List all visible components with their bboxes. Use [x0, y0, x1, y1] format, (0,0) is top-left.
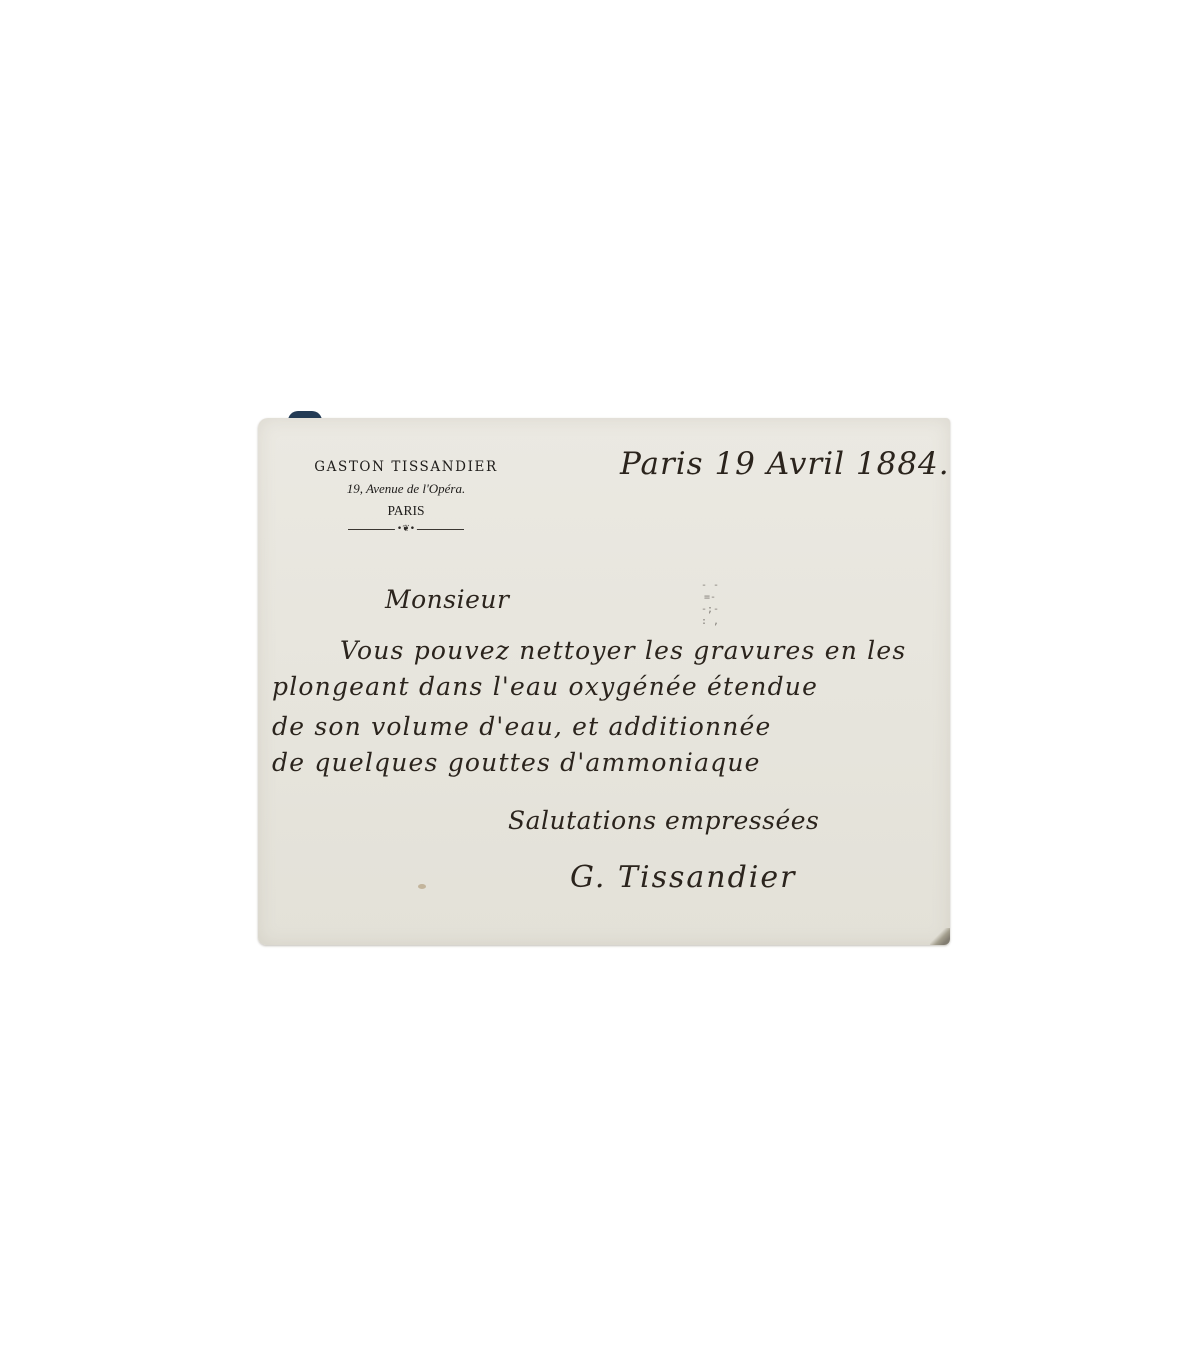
body-line-1: Vous pouvez nettoyer les gravures en les [340, 636, 906, 665]
ornament-icon: •❦• [395, 524, 417, 534]
corner-wear [930, 928, 950, 945]
letter-closing: Salutations empressées [508, 806, 819, 835]
letterhead-address: 19, Avenue de l'Opéra. [290, 481, 522, 497]
body-line-2: plongeant dans l'eau oxygénée étendue [272, 672, 818, 701]
letterhead-name: GASTON TISSANDIER [290, 459, 522, 475]
letter-date: Paris 19 Avril 1884. [620, 446, 950, 482]
letter-salutation: Monsieur [385, 585, 509, 614]
letterhead: GASTON TISSANDIER 19, Avenue de l'Opéra.… [290, 455, 522, 530]
body-line-4: de quelques gouttes d'ammoniaque [272, 748, 761, 777]
body-line-3: de son volume d'eau, et additionnée [272, 712, 772, 741]
letterhead-city: PARIS [290, 503, 522, 519]
foxing-spot [418, 884, 426, 889]
letterhead-divider: •❦• [348, 529, 464, 530]
letter-signature: G. Tissandier [570, 860, 796, 895]
